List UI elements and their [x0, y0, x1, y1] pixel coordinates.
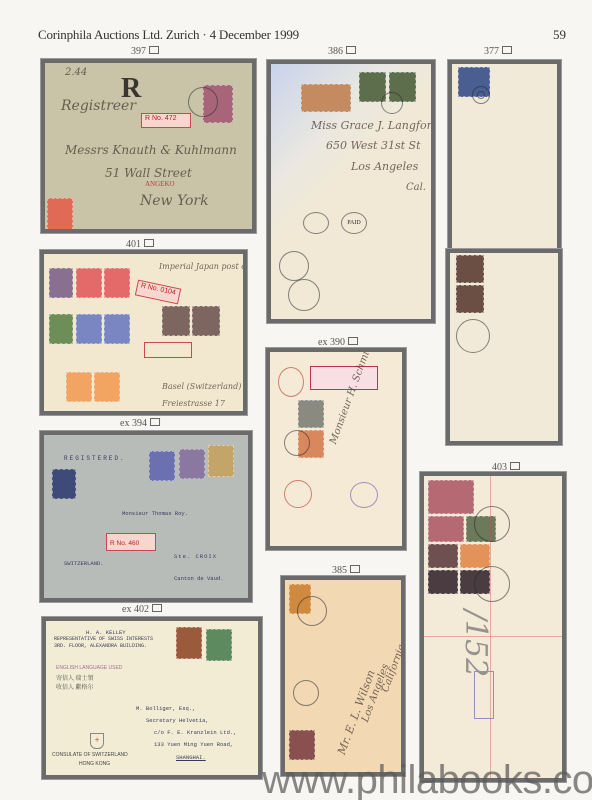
cover-icon — [152, 604, 162, 612]
cover-icon — [150, 418, 160, 426]
swiss-cross-emblem-icon: + — [90, 733, 104, 749]
pencil-mark: /152 — [458, 610, 493, 677]
handwriting: Los Angeles — [351, 160, 418, 173]
lot-number: 385 — [332, 565, 347, 576]
typed-text: Canton de Vaud. — [174, 575, 224, 582]
cover-icon — [346, 46, 356, 54]
red-postmark — [284, 480, 312, 508]
stamp — [289, 730, 315, 760]
typed-text: Secretary Helvetia, — [146, 717, 209, 724]
lot-label-401: 401 — [126, 239, 154, 250]
lot-number: 386 — [328, 46, 343, 57]
cover-icon — [350, 565, 360, 573]
postmark — [474, 566, 510, 602]
typed-text: 133 Yuen Ming Yuen Road, — [154, 741, 233, 748]
typed-text: Monsieur Thomas Roy. — [122, 510, 188, 517]
chinese-text: 寄信人 瑞士領 — [56, 673, 94, 682]
lot-number: ex 402 — [122, 604, 149, 615]
stamp — [52, 469, 76, 499]
cover-lot-403[interactable]: /152 — [420, 472, 566, 782]
stamp — [179, 449, 205, 479]
handwriting: 2.44 — [65, 67, 87, 78]
postmark-paid: PAID — [341, 212, 367, 234]
stamp — [76, 268, 102, 298]
postmark — [303, 212, 329, 234]
typed-text: 3RD. FLOOR, ALEXANDRA BUILDING. — [54, 643, 147, 649]
handwriting: New York — [140, 193, 209, 209]
stamp — [206, 629, 232, 661]
stamp — [66, 372, 92, 402]
consulate-text: HONG KONG — [79, 761, 110, 767]
lot-label-ex-394: ex 394 — [120, 418, 160, 429]
stamp — [456, 285, 484, 313]
stamp — [428, 516, 464, 542]
cover-lot-ex-402[interactable]: H. A. KELLEY REPRESENTATIVE OF SWISS INT… — [42, 617, 262, 779]
cover-icon — [502, 46, 512, 54]
stamp — [149, 451, 175, 481]
stamp — [47, 198, 73, 230]
handwriting: Imperial Japan post office — [159, 262, 247, 271]
typed-text: REGISTERED. — [64, 455, 126, 462]
red-box-stamp — [144, 342, 192, 358]
violet-postmark — [350, 482, 378, 508]
typed-text: M. Bolliger, Esq., — [136, 705, 195, 712]
typed-text: SHANGHAI. — [176, 754, 206, 761]
handwriting: Messrs Knauth & Kuhlmann — [65, 143, 237, 157]
postmark — [288, 279, 320, 311]
stamp — [49, 268, 73, 298]
cover-lot-377-front[interactable] — [448, 60, 561, 254]
lot-label-385: 385 — [332, 565, 360, 576]
handwriting: 51 Wall Street — [105, 166, 192, 180]
postmark — [474, 506, 510, 542]
stamp — [428, 480, 474, 514]
typed-text: SWITZERLAND. — [64, 560, 104, 567]
target-cancel-inner — [477, 91, 485, 99]
catalog-title: Corinphila Auctions Ltd. Zurich · 4 Dece… — [38, 27, 299, 43]
registration-label: R No. 0104 — [135, 280, 181, 305]
typed-text: REPRESENTATIVE OF SWISS INTERESTS — [54, 636, 153, 642]
postmark — [381, 92, 403, 114]
cover-lot-ex-394[interactable]: REGISTERED. Monsieur Thomas Roy. R No. 4… — [40, 431, 252, 602]
postmark — [297, 596, 327, 626]
registration-label: R No. 460 — [106, 533, 156, 551]
stamp — [460, 544, 490, 568]
cover-icon — [348, 337, 358, 345]
watermark: www.philabooks.com — [262, 760, 592, 800]
page-number: 59 — [553, 27, 566, 43]
stamp — [192, 306, 220, 336]
stamp — [104, 314, 130, 344]
postmark — [293, 680, 319, 706]
registration-label: R No. 472 — [141, 113, 191, 128]
lot-label-ex-402: ex 402 — [122, 604, 162, 615]
cover-lot-385[interactable]: Mr. E. L. Wilson Los Angeles California — [281, 576, 405, 776]
stamp — [76, 314, 102, 344]
stamp — [428, 544, 458, 568]
stamp-pair — [301, 84, 351, 112]
cover-icon — [149, 46, 159, 54]
lot-number: 401 — [126, 239, 141, 250]
lot-number: ex 394 — [120, 418, 147, 429]
lot-number: ex 390 — [318, 337, 345, 348]
russian-registration-label — [310, 366, 378, 390]
handwriting: 650 West 31st St — [326, 139, 421, 152]
stamp — [456, 255, 484, 283]
cover-icon — [510, 462, 520, 470]
postmark — [456, 319, 490, 353]
postmark-yokohama — [279, 251, 309, 281]
lot-label-397: 397 — [131, 46, 159, 57]
stamp — [208, 445, 234, 477]
handwriting: Cal. — [406, 182, 426, 193]
typed-text: c/o F. E. Kranzlein Ltd., — [154, 729, 237, 736]
handwriting: Registreer — [61, 98, 136, 114]
stamp — [104, 268, 130, 298]
handwriting: Basel (Switzerland) — [162, 382, 241, 391]
typed-text: H. A. KELLEY — [86, 629, 126, 636]
handwriting: Monsieur H. Schmid — [328, 348, 374, 446]
handwriting: Miss Grace J. Langford — [311, 119, 435, 132]
cover-lot-397[interactable]: 2.44 R Registreer R No. 472 Messrs Knaut… — [41, 59, 256, 233]
consulate-text: CONSULATE OF SWITZERLAND — [52, 752, 128, 758]
stamp — [94, 372, 120, 402]
cover-lot-ex-390[interactable]: Monsieur H. Schmid — [266, 348, 406, 550]
red-postmark — [278, 367, 304, 397]
stamp — [162, 306, 190, 336]
violet-box-stamp — [474, 671, 494, 719]
lot-number: 397 — [131, 46, 146, 57]
typed-text: Ste. CROIX — [174, 553, 217, 560]
stamp — [176, 627, 202, 659]
stamped-text: ENGLISH LANGUAGE USED — [56, 665, 122, 671]
postmark-haarlem — [188, 87, 218, 117]
cover-icon — [144, 239, 154, 247]
handwriting: Freiestrasse 17 — [162, 399, 225, 408]
stamp — [428, 570, 458, 594]
postmark — [284, 430, 310, 456]
lot-label-ex-390: ex 390 — [318, 337, 358, 348]
cover-lot-401[interactable]: R No. 0104 Imperial Japan post office Ba… — [40, 250, 247, 415]
lot-label-386: 386 — [328, 46, 356, 57]
lot-number: 377 — [484, 46, 499, 57]
cover-lot-386[interactable]: Miss Grace J. Langford 650 West 31st St … — [267, 60, 435, 323]
chinese-text: 收信人 獻格尔 — [56, 682, 94, 691]
cover-lot-377-back[interactable] — [446, 249, 562, 445]
stamp — [49, 314, 73, 344]
red-cancel: ANGEKO — [145, 180, 175, 188]
lot-label-377: 377 — [484, 46, 512, 57]
stamp — [298, 400, 324, 428]
